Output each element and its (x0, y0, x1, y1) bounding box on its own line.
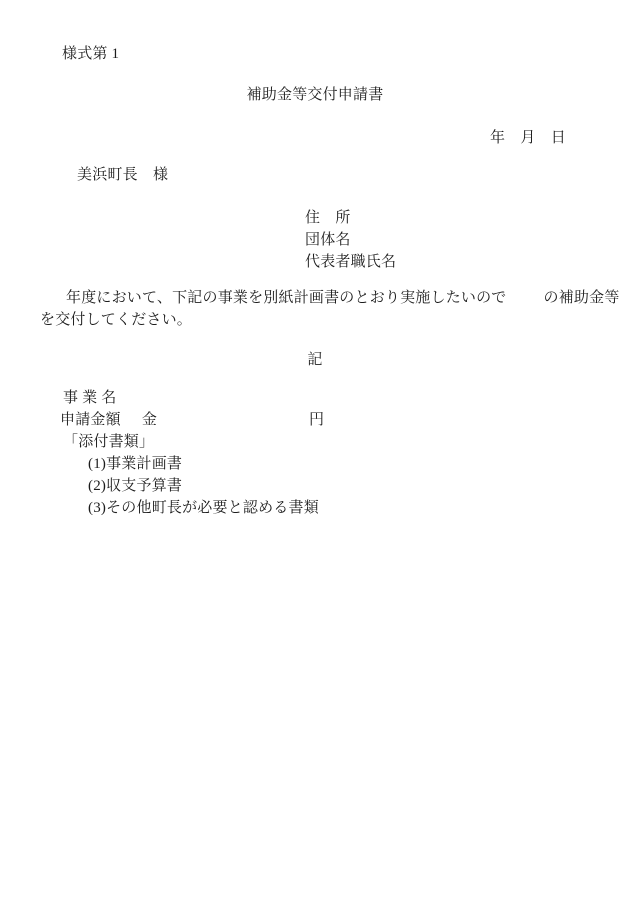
organization-name-label: 団体名 (305, 232, 351, 249)
application-form-page: 様式第 1 補助金等交付申請書 年 月 日 美浜町長 様 住 所 団体名 代表者… (0, 0, 630, 903)
amount-unit: 円 (309, 412, 324, 428)
document-title: 補助金等交付申請書 (0, 87, 630, 104)
addressee: 美浜町長 様 (77, 167, 168, 184)
attachments-header: 「添付書類」 (63, 434, 154, 451)
amount-blank-field (157, 423, 309, 424)
body-paragraph-line2: を交付してください。 (40, 312, 192, 329)
amount-prefix: 金 (142, 412, 157, 428)
attachment-item-3: (3)その他町長が必要と認める書類 (88, 500, 319, 517)
address-label: 住 所 (305, 210, 351, 227)
body-paragraph-line1: 年度において、下記の事業を別紙計画書のとおり実施したいのでの補助金等 (66, 290, 620, 307)
form-number: 様式第 1 (62, 46, 119, 63)
attachment-item-1: (1)事業計画書 (88, 456, 182, 473)
date-line: 年 月 日 (490, 130, 566, 147)
subsidy-name-blank-field (507, 301, 544, 302)
body-text-before-blank: 年度において、下記の事業を別紙計画書のとおり実施したいので (66, 290, 507, 306)
amount-label: 申請金額 (60, 412, 121, 428)
record-marker: 記 (0, 352, 630, 369)
project-name-label: 事 業 名 (63, 390, 117, 407)
attachment-item-2: (2)収支予算書 (88, 478, 182, 495)
representative-name-label: 代表者職氏名 (305, 254, 396, 271)
application-amount-row: 申請金額金円 (60, 412, 324, 429)
body-text-after-blank: の補助金等 (544, 290, 620, 306)
amount-label-gap (121, 423, 142, 424)
